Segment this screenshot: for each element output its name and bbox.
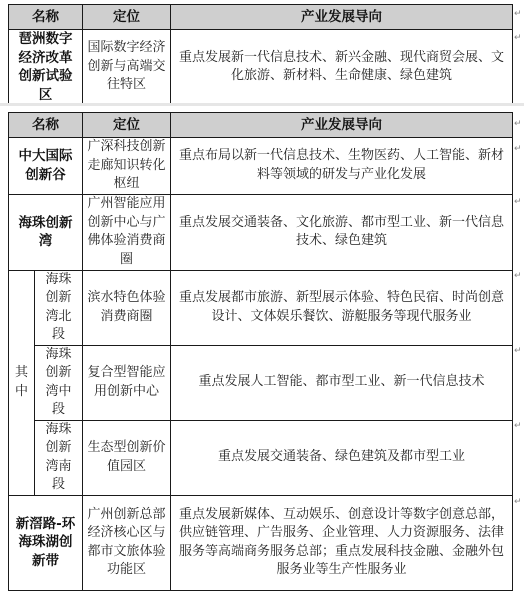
zone-position: 国际数字经济创新与高端交往特区 bbox=[83, 30, 171, 105]
zone-name: 海珠创新湾 bbox=[9, 194, 83, 270]
table-header-row: 名称 定位 产业发展导向 bbox=[9, 113, 513, 138]
table-row: 海珠创新湾 广州智能应用创新中心与广佛体验消费商圈 重点发展交通装备、文化旅游、… bbox=[9, 194, 513, 270]
header-name: 名称 bbox=[9, 113, 83, 138]
subzone-position: 滨水特色体验消费商圈 bbox=[83, 270, 171, 345]
paragraph-mark-icon: ↵ bbox=[514, 422, 522, 431]
paragraph-mark-icon: ↵ bbox=[514, 10, 522, 19]
table-row: 其中 海珠创新湾北段 滨水特色体验消费商圈 重点发展都市旅游、新型展示体验、特色… bbox=[9, 270, 513, 345]
header-name: 名称 bbox=[9, 5, 83, 30]
zone-position: 广州创新总部经济核心区与都市文旅体验功能区 bbox=[83, 495, 171, 590]
zone-position: 广州智能应用创新中心与广佛体验消费商圈 bbox=[83, 194, 171, 270]
zone-direction: 重点发展交通装备、文化旅游、都市型工业、新一代信息技术、绿色建筑 bbox=[171, 194, 513, 270]
paragraph-mark-icon: ↵ bbox=[514, 120, 522, 129]
header-position: 定位 bbox=[83, 5, 171, 30]
zone-direction: 重点发展新一代信息技术、新兴金融、现代商贸会展、文化旅游、新材料、生命健康、绿色… bbox=[171, 30, 513, 105]
paragraph-mark-icon: ↵ bbox=[514, 347, 522, 356]
header-industry-direction: 产业发展导向 bbox=[171, 113, 513, 138]
subzone-position: 生态型创新价值园区 bbox=[83, 420, 171, 495]
zone-name: 新滘路-环海珠湖创新带 bbox=[9, 495, 83, 590]
zone-direction: 重点布局以新一代信息技术、生物医药、人工智能、新材料等领域的研发与产业化发展 bbox=[171, 138, 513, 195]
subzone-position: 复合型智能应用创新中心 bbox=[83, 345, 171, 420]
zone-position: 广深科技创新走廊知识转化枢纽 bbox=[83, 138, 171, 195]
table-row: 海珠创新湾中段 复合型智能应用创新中心 重点发展人工智能、都市型工业、新一代信息… bbox=[9, 345, 513, 420]
zone-name: 中大国际创新谷 bbox=[9, 138, 83, 195]
header-industry-direction: 产业发展导向 bbox=[171, 5, 513, 30]
subzone-name: 海珠创新湾中段 bbox=[35, 345, 83, 420]
paragraph-mark-icon: ↵ bbox=[514, 34, 522, 43]
subzone-direction: 重点发展都市旅游、新型展示体验、特色民宿、时尚创意设计、文体娱乐餐饮、游艇服务等… bbox=[171, 270, 513, 345]
paragraph-mark-icon: ↵ bbox=[514, 498, 522, 507]
table-row: 海珠创新湾南段 生态型创新价值园区 重点发展交通装备、绿色建筑及都市型工业 bbox=[9, 420, 513, 495]
header-position: 定位 bbox=[83, 113, 171, 138]
zone-table-pazhou: 名称 定位 产业发展导向 琶洲数字经济改革创新试验区 国际数字经济创新与高端交往… bbox=[8, 4, 513, 105]
subzone-direction: 重点发展人工智能、都市型工业、新一代信息技术 bbox=[171, 345, 513, 420]
group-label: 其中 bbox=[9, 270, 35, 495]
paragraph-mark-icon: ↵ bbox=[514, 145, 522, 154]
table-separator bbox=[0, 103, 524, 106]
table-row: 琶洲数字经济改革创新试验区 国际数字经济创新与高端交往特区 重点发展新一代信息技… bbox=[9, 30, 513, 105]
paragraph-mark-icon: ↵ bbox=[514, 198, 522, 207]
zone-name: 琶洲数字经济改革创新试验区 bbox=[9, 30, 83, 105]
table-header-row: 名称 定位 产业发展导向 bbox=[9, 5, 513, 30]
table-row: 中大国际创新谷 广深科技创新走廊知识转化枢纽 重点布局以新一代信息技术、生物医药… bbox=[9, 138, 513, 195]
subzone-name: 海珠创新湾南段 bbox=[35, 420, 83, 495]
subzone-direction: 重点发展交通装备、绿色建筑及都市型工业 bbox=[171, 420, 513, 495]
paragraph-mark-icon: ↵ bbox=[514, 272, 522, 281]
table-row: 新滘路-环海珠湖创新带 广州创新总部经济核心区与都市文旅体验功能区 重点发展新媒… bbox=[9, 495, 513, 590]
zone-direction: 重点发展新媒体、互动娱乐、创意设计等数字创意总部，供应链管理、广告服务、企业管理… bbox=[171, 495, 513, 590]
subzone-name: 海珠创新湾北段 bbox=[35, 270, 83, 345]
zone-table-haizhu: 名称 定位 产业发展导向 中大国际创新谷 广深科技创新走廊知识转化枢纽 重点布局… bbox=[8, 112, 513, 591]
